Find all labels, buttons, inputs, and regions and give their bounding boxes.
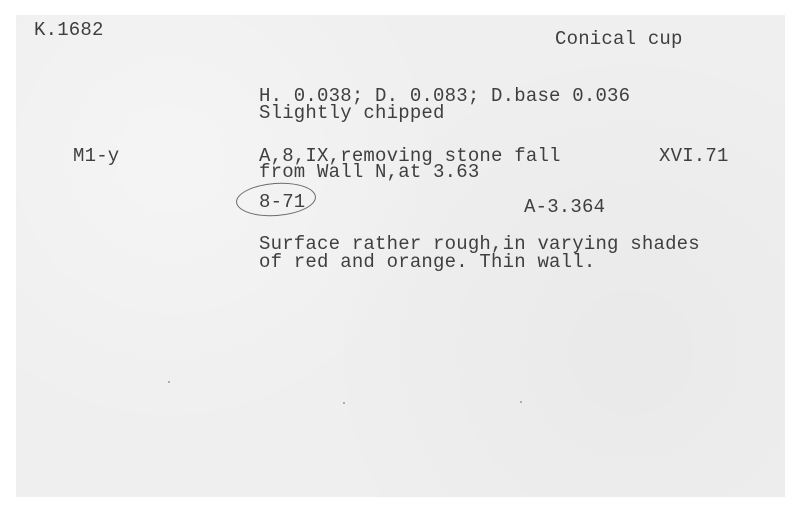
paper-speck <box>520 401 522 403</box>
object-type: Conical cup <box>555 30 683 49</box>
catalog-number: K.1682 <box>34 21 104 40</box>
paper-speck <box>168 381 170 383</box>
paper-speck <box>343 402 345 404</box>
description-line-2: of red and orange. Thin wall. <box>259 253 595 272</box>
inventory-ref: A-3.364 <box>524 198 605 217</box>
code: M1-y <box>73 147 119 166</box>
catalog-card: K.1682 Conical cup H. 0.038; D. 0.083; D… <box>16 15 785 497</box>
findspot-line-2: from Wall N,at 3.63 <box>259 163 479 182</box>
condition: Slightly chipped <box>259 104 445 123</box>
date: XVI.71 <box>659 147 729 166</box>
